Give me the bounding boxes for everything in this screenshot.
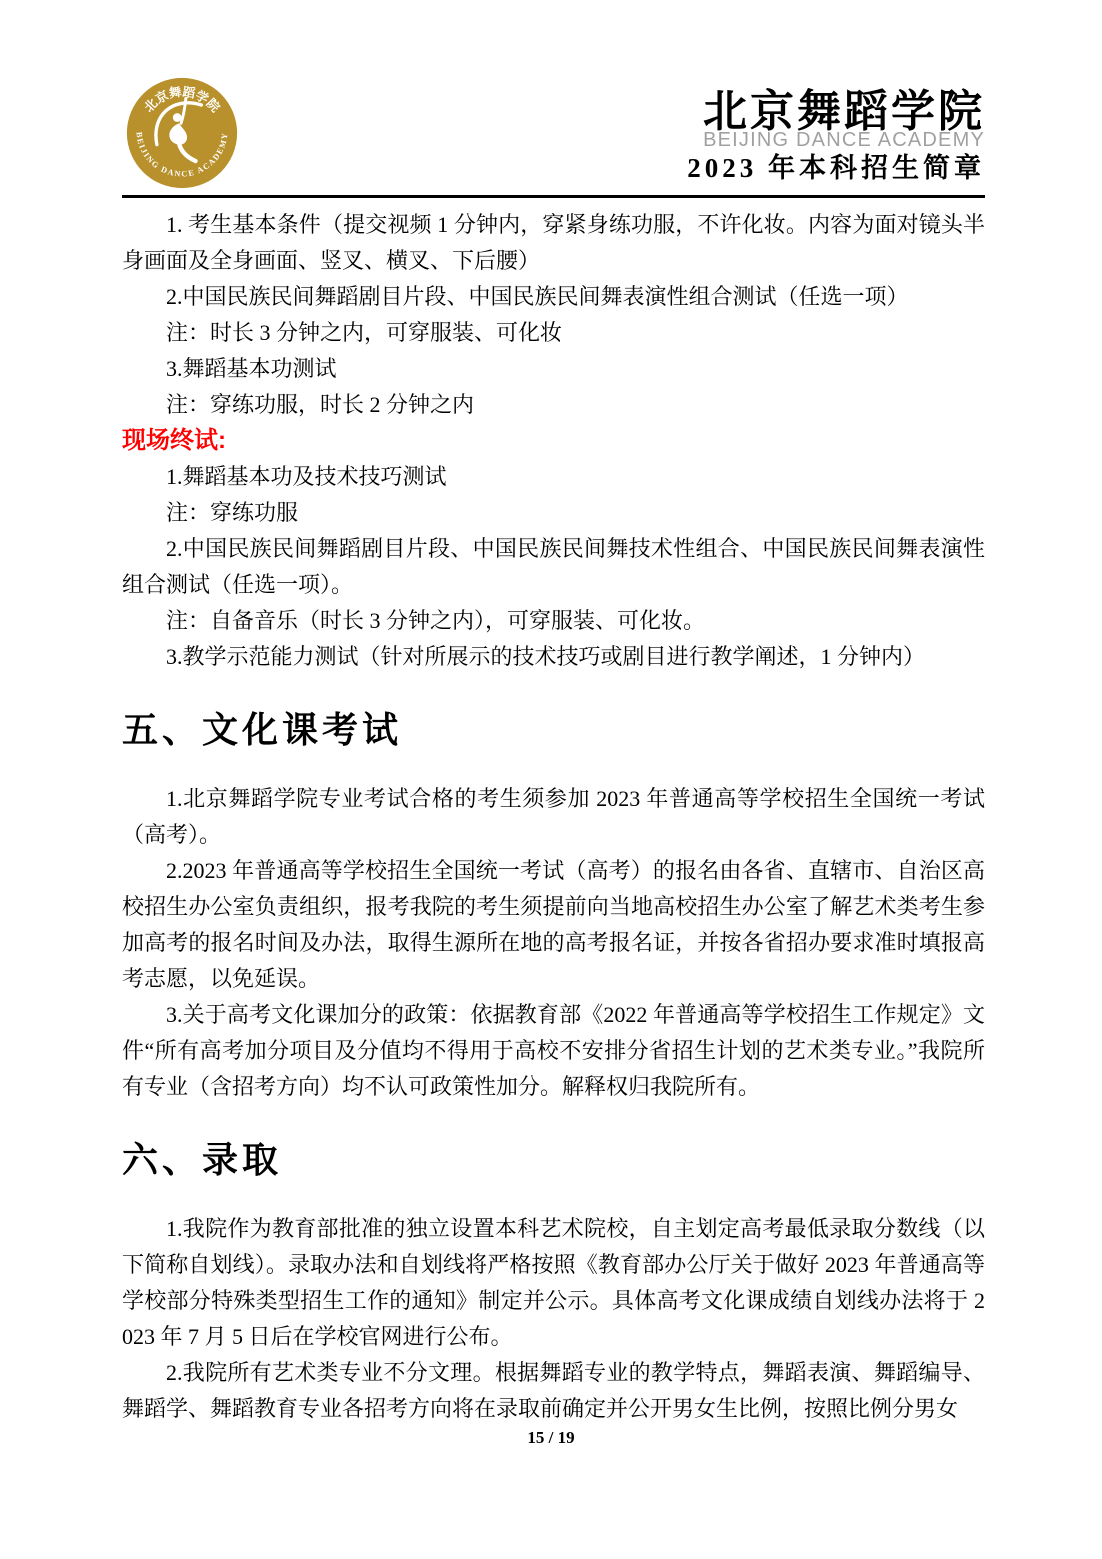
paragraph: 3.舞蹈基本功测试	[122, 351, 985, 387]
header-divider	[122, 195, 985, 198]
paragraph: 2.我院所有艺术类专业不分文理。根据舞蹈专业的教学特点，舞蹈表演、舞蹈编导、舞蹈…	[122, 1355, 985, 1427]
page-header: 北京舞蹈学院 BEIJING DANCE ACADEMY 北京舞蹈学院 BEIJ…	[122, 75, 985, 195]
paragraph: 2.2023 年普通高等学校招生全国统一考试（高考）的报名由各省、直辖市、自治区…	[122, 853, 985, 997]
page-number: 15 / 19	[0, 1428, 1102, 1448]
paragraph: 注：穿练功服	[122, 495, 985, 531]
document-page: 北京舞蹈学院 BEIJING DANCE ACADEMY 北京舞蹈学院 BEIJ…	[0, 0, 1102, 1559]
paragraph: 1.我院作为教育部批准的独立设置本科艺术院校，自主划定高考最低录取分数线（以下简…	[122, 1211, 985, 1355]
paragraph: 1.北京舞蹈学院专业考试合格的考生须参加 2023 年普通高等学校招生全国统一考…	[122, 781, 985, 853]
paragraph: 3.教学示范能力测试（针对所展示的技术技巧或剧目进行教学阐述，1 分钟内）	[122, 639, 985, 675]
section-heading-admission: 六、录取	[122, 1135, 985, 1185]
paragraph: 1. 考生基本条件（提交视频 1 分钟内，穿紧身练功服，不许化妆。内容为面对镜头…	[122, 207, 985, 279]
paragraph: 2.中国民族民间舞蹈剧目片段、中国民族民间舞表演性组合测试（任选一项）	[122, 279, 985, 315]
onsite-final-exam-heading: 现场终试:	[122, 423, 985, 459]
paragraph: 注：自备音乐（时长 3 分钟之内），可穿服装、可化妆。	[122, 603, 985, 639]
paragraph: 3.关于高考文化课加分的政策：依据教育部《2022 年普通高等学校招生工作规定》…	[122, 997, 985, 1105]
section-heading-culture-exam: 五、文化课考试	[122, 705, 985, 755]
paragraph: 注：时长 3 分钟之内，可穿服装、可化妆	[122, 315, 985, 351]
paragraph: 2.中国民族民间舞蹈剧目片段、中国民族民间舞技术性组合、中国民族民间舞表演性组合…	[122, 531, 985, 603]
paragraph: 1.舞蹈基本功及技术技巧测试	[122, 459, 985, 495]
academy-seal-icon: 北京舞蹈学院 BEIJING DANCE ACADEMY	[124, 75, 240, 191]
document-content: 1. 考生基本条件（提交视频 1 分钟内，穿紧身练功服，不许化妆。内容为面对镜头…	[122, 207, 985, 1427]
header-title-en: BEIJING DANCE ACADEMY	[687, 129, 985, 151]
header-subtitle: 2023 年本科招生简章	[687, 153, 985, 183]
header-title-block: 北京舞蹈学院 BEIJING DANCE ACADEMY 2023 年本科招生简…	[687, 89, 985, 183]
paragraph: 注：穿练功服，时长 2 分钟之内	[122, 387, 985, 423]
academy-seal-logo: 北京舞蹈学院 BEIJING DANCE ACADEMY	[124, 75, 240, 191]
